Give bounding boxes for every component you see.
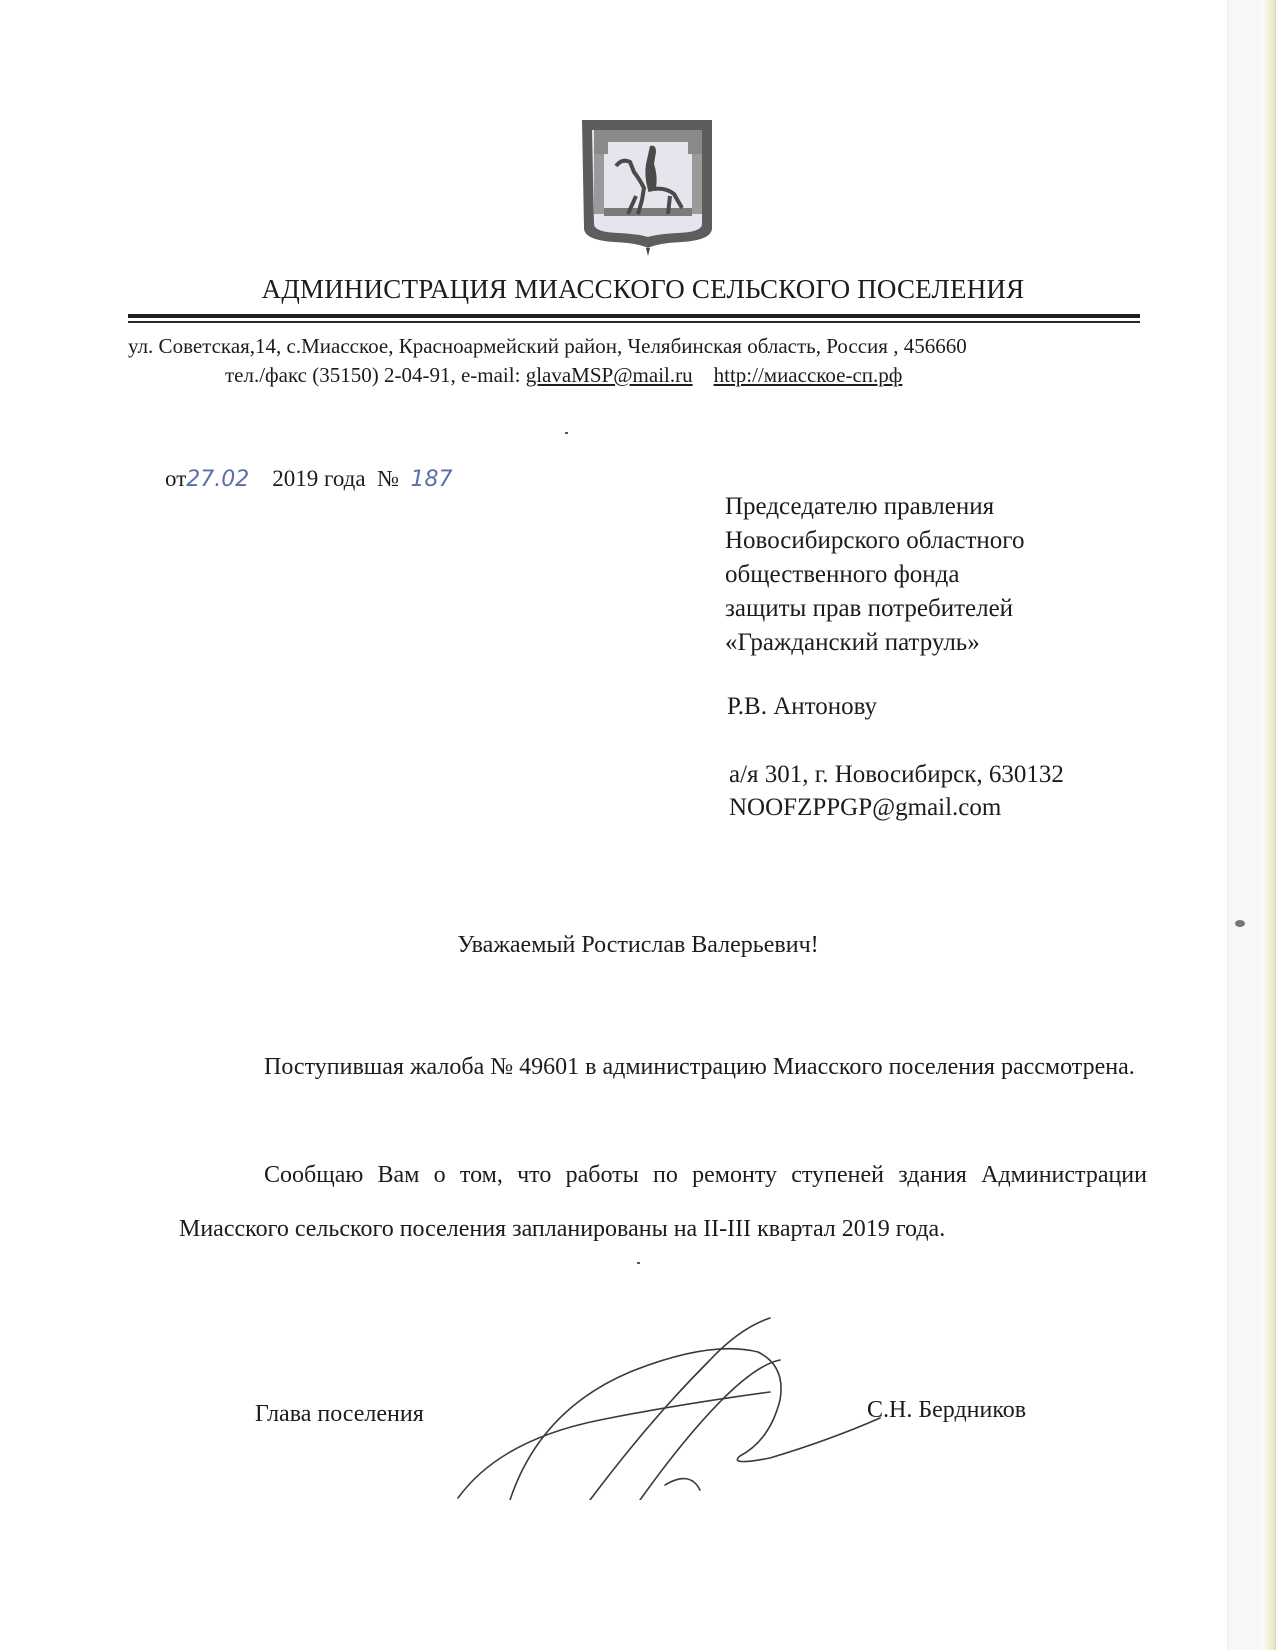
scan-speck <box>565 432 568 434</box>
handwritten-date: 27.02 <box>186 467 249 492</box>
recipient-postal-address: а/я 301, г. Новосибирск, 630132 <box>729 758 1064 791</box>
body-paragraph: Сообщаю Вам о том, что работы по ремонту… <box>179 1148 1147 1256</box>
website-link[interactable]: http://миасское-сп.рф <box>714 363 903 387</box>
scan-speck <box>637 1262 640 1264</box>
organization-address: ул. Советская,14, с.Миасское, Красноарме… <box>128 334 967 359</box>
organization-title: АДМИНИСТРАЦИЯ МИАССКОГО СЕЛЬСКОГО ПОСЕЛЕ… <box>0 274 1276 305</box>
recipient-line: защиты прав потребителей <box>725 592 1024 626</box>
recipient-address: а/я 301, г. Новосибирск, 630132 NOOFZPPG… <box>729 758 1064 824</box>
letterhead-divider-thick <box>128 314 1140 318</box>
handwritten-number: 187 <box>411 467 453 492</box>
letterhead-divider-thin <box>128 321 1140 323</box>
reference-line: от27.02 2019 года № 187 <box>165 466 453 492</box>
recipient-line: Председателю правления <box>725 490 1024 524</box>
coat-of-arms-emblem-icon <box>578 116 718 256</box>
recipient-email: NOOFZPPGP@gmail.com <box>729 791 1064 824</box>
recipient-line: общественного фонда <box>725 558 1024 592</box>
recipient-line: Новосибирского областного <box>725 524 1024 558</box>
body-paragraph: Поступившая жалоба № 49601 в администрац… <box>179 1040 1147 1094</box>
signatory-name: С.Н. Бердников <box>867 1397 1026 1424</box>
scan-page-edge <box>1227 0 1276 1650</box>
email-link[interactable]: glavaMSP@mail.ru <box>526 363 693 387</box>
greeting: Уважаемый Ростислав Валерьевич! <box>0 932 1276 959</box>
number-sign: № <box>377 466 399 491</box>
recipient-line: «Гражданский патруль» <box>725 626 1024 660</box>
phone-fax: тел./факс (35150) 2-04-91, e-mail: <box>225 363 526 387</box>
reference-year: 2019 года <box>272 466 365 491</box>
signatory-title: Глава поселения <box>255 1401 424 1428</box>
scan-smudge <box>1235 920 1245 927</box>
recipient-name: Р.В. Антонову <box>727 693 877 721</box>
organization-contacts: тел./факс (35150) 2-04-91, e-mail: glava… <box>225 363 902 388</box>
recipient-block: Председателю правления Новосибирского об… <box>725 490 1024 660</box>
handwritten-signature-icon <box>440 1300 900 1500</box>
reference-prefix: от <box>165 466 186 491</box>
